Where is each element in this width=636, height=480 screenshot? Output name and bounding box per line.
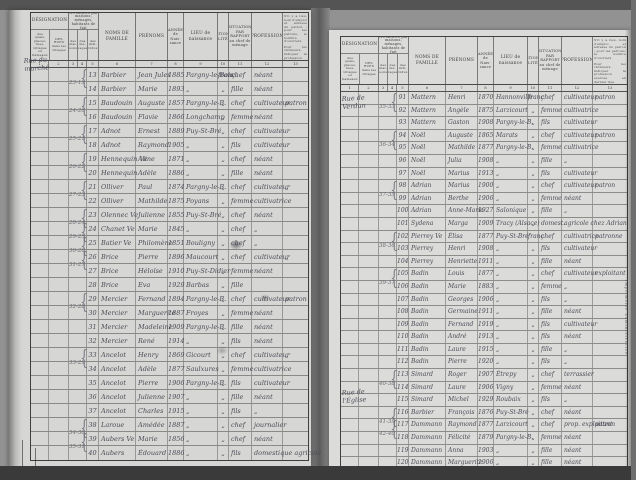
numeros-sub-maisons: des mai- sons (69, 30, 78, 60)
cell-prenom: Auguste (136, 96, 168, 109)
column-designation: DÉSIGNATION des quais, places, rues, vil… (341, 37, 379, 84)
cell-numero: 23 (87, 208, 99, 221)
cell-profession: néant (562, 193, 593, 205)
cell-annee: 1903 (478, 445, 494, 457)
cell-numero: 106 (397, 281, 409, 293)
cell-numero: 26 (87, 250, 99, 263)
cell-nationalite: „ (218, 166, 229, 179)
cell-annee: 1900 (478, 180, 494, 192)
numeros-title: NUMÉROS par maisons, ménages, habitants … (69, 13, 98, 30)
cell-menage-pair (379, 155, 397, 167)
column-number: 7 (136, 61, 168, 67)
cell-nom: Pierrey Ve (409, 231, 446, 243)
cell-nationalite: „ (218, 180, 229, 193)
cell-situation: fille (229, 390, 252, 403)
cell-situation: chef (229, 250, 252, 263)
column-number: 9 (184, 61, 218, 67)
cell-nationalite: „ (218, 222, 229, 235)
census-row: 23-19{13BarbierJean Jules1885Pargny-le-B… (31, 68, 308, 82)
cell-menage-pair (379, 294, 397, 306)
cell-situation: chef (229, 348, 252, 361)
column-situation: SITUATION PAR RAPPORT au chef de ménage (539, 37, 562, 84)
cell-annee: 1879 (478, 432, 494, 444)
cell-nom: Batier Ve (99, 236, 136, 249)
cell-nationalite: „ (528, 407, 539, 419)
margin-note: Rue du marché (23, 55, 54, 73)
cell-observations (283, 236, 308, 249)
cell-lieu: „ (494, 168, 528, 180)
census-row: 93MatternGaston1908Pargny-le-B.„filscult… (341, 117, 627, 130)
cell-annee: 1927 (478, 205, 494, 217)
cell-nom: Badin (409, 319, 446, 331)
cell-prenom: Ernest (136, 124, 168, 137)
census-row: 99AdrianBerthe1906„„femmenéant (341, 193, 627, 206)
cell-profession: cultivateur (252, 96, 283, 109)
cell-situation: chef (229, 236, 252, 249)
cell-profession: cultivateur (252, 348, 283, 361)
cell-menage-pair (379, 344, 397, 356)
cell-situation: fille (539, 256, 562, 268)
cell-observations (283, 390, 308, 403)
cell-situation: fils (229, 404, 252, 417)
cell-menage-pair (69, 320, 87, 333)
cell-situation: chef (229, 124, 252, 137)
census-row: 112BadinPierre1920„„fils„ (341, 356, 627, 369)
cell-numero: 108 (397, 306, 409, 318)
census-row: 36AncelotJulienne1907„„fillenéant (31, 390, 308, 404)
cell-annee: 1886 (168, 446, 184, 460)
cell-nationalite: „ (528, 382, 539, 394)
census-page-right: DÉSIGNATION des quais, places, rues, vil… (329, 30, 631, 470)
cell-annee: 1929 (168, 278, 184, 291)
cell-numero: 114 (397, 382, 409, 394)
census-row: 24-20{15BaudouinAuguste1857Pargny-le-B.„… (31, 96, 308, 110)
cell-numero: 116 (397, 407, 409, 419)
cell-profession: néant (562, 256, 593, 268)
cell-nom: Barbier (99, 68, 136, 81)
cell-prenom: Philomène (136, 236, 168, 249)
cell-observations (593, 382, 627, 394)
cell-profession: néant (562, 331, 593, 343)
cell-prenom: René (136, 334, 168, 347)
cell-menage-pair (379, 243, 397, 255)
cell-situation: chef (539, 92, 562, 104)
cell-nom: Badin (409, 281, 446, 293)
cell-annee: 1875 (168, 194, 184, 207)
cell-annee: 1914 (168, 334, 184, 347)
cell-observations: patron (593, 180, 627, 192)
cell-nationalite: franç. (218, 68, 229, 81)
cell-nationalite: „ (528, 243, 539, 255)
cell-lieu: Pargny-le-B. (184, 292, 218, 305)
cell-nom: Noël (409, 130, 446, 142)
cell-menage-pair (379, 205, 397, 217)
cell-lieu: „ (494, 281, 528, 293)
cell-situation: chef (229, 432, 252, 445)
cell-observations: patronne (593, 231, 627, 243)
column-number: 12 (562, 85, 593, 91)
cell-nationalite: „ (218, 208, 229, 221)
cell-numero: 34 (87, 362, 99, 375)
census-row: 26-22{19Hennequin VeAline1871„„chefnéant (31, 152, 308, 166)
cell-nom: Noël (409, 142, 446, 154)
cell-prenom: Charles (136, 404, 168, 417)
census-row: 40AubersÉdouard1886„„filsdomestique agri… (31, 446, 308, 460)
census-row: 104PierreyHenriette1911„„fillenéant (341, 256, 627, 269)
cell-nationalite: „ (528, 344, 539, 356)
cell-nationalite: „ (218, 82, 229, 95)
column-number: 8 (168, 61, 184, 67)
cell-prenom: Pierre (136, 250, 168, 263)
cell-nationalite: „ (528, 218, 539, 230)
cell-lieu: Longchamp (184, 110, 218, 123)
cell-observations (593, 205, 627, 217)
cell-prenom: Aline (136, 152, 168, 165)
cell-numero: 110 (397, 331, 409, 343)
census-row: 35AncelotPierre1906Pargny-le-B.„filscult… (31, 376, 308, 390)
census-row: 22OlliverMathilde1875Poyans„femmecultiva… (31, 194, 308, 208)
cell-nom: Adrian (409, 180, 446, 192)
cell-annee: 1877 (478, 142, 494, 154)
cell-menage-pair: 33-29{ (69, 348, 87, 361)
cell-annee: 1929 (478, 394, 494, 406)
census-row: 28BriceEva1929Barbas„fille (31, 278, 308, 292)
cell-numero: 100 (397, 205, 409, 217)
cell-nom: Dammann (409, 432, 446, 444)
cell-situation: chef (229, 208, 252, 221)
cell-prenom: Henri (446, 243, 478, 255)
cell-profession: „ (562, 155, 593, 167)
cell-prenom: Henri (446, 92, 478, 104)
cell-observations (283, 362, 308, 375)
cell-nationalite: „ (528, 445, 539, 457)
cell-menage-pair (69, 376, 87, 389)
column-nationalite: NATIONA- LITÉ (218, 13, 229, 60)
cell-observations (593, 432, 627, 444)
cell-numero: 115 (397, 394, 409, 406)
cell-nationalite: „ (218, 194, 229, 207)
cell-nationalite: „ (528, 268, 539, 280)
cell-profession: cultivateur (252, 292, 283, 305)
cell-situation: fils (539, 294, 562, 306)
cell-profession: néant (252, 334, 283, 347)
census-row: 103PierreyHenri1908„„filscultivateur (341, 243, 627, 256)
census-row: 92MatternAngèle1875Larzicourt„femmeculti… (341, 105, 627, 118)
margin-note: Rue de l'Église (341, 387, 372, 405)
cell-numero: 33 (87, 348, 99, 361)
cell-nationalite: „ (218, 306, 229, 319)
cell-annee: 1896 (168, 250, 184, 263)
cell-annee: 1877 (168, 362, 184, 375)
cell-numero: 94 (397, 130, 409, 142)
cell-annee: 1857 (168, 96, 184, 109)
cell-observations (283, 418, 308, 431)
cell-lieu: „ (494, 243, 528, 255)
cell-nationalite: „ (528, 155, 539, 167)
designation-sub-rues: des quais, places, rues, villages ou ham… (341, 54, 360, 84)
margin-note: Rue de Verdun (341, 93, 372, 111)
cell-annee: 1877 (478, 231, 494, 243)
cell-lieu: Puy-St-Bré (184, 208, 218, 221)
column-number: 2 (359, 85, 379, 91)
cell-profession: néant (562, 382, 593, 394)
cell-annee: 1886 (168, 166, 184, 179)
cell-annee: 1907 (168, 390, 184, 403)
cell-nationalite: „ (528, 319, 539, 331)
cell-situation: fille (539, 344, 562, 356)
cell-numero: 18 (87, 138, 99, 151)
column-number: 11 (229, 61, 252, 67)
cell-numero: 31 (87, 320, 99, 333)
cell-menage-pair (379, 445, 397, 457)
cell-lieu: Pargny-le-B. (184, 320, 218, 333)
cell-situation: femme (229, 264, 252, 277)
cell-observations (283, 306, 308, 319)
census-row: 114SimardLaure1906Vigny„femmenéant (341, 382, 627, 395)
cell-lieu: „ (494, 294, 528, 306)
cell-observations (593, 344, 627, 356)
cell-situation: chef (539, 231, 562, 243)
cell-situation: fille (539, 445, 562, 457)
table-header: DÉSIGNATION des quais, places, rues, vil… (341, 37, 627, 85)
cell-lieu: Étrepy (494, 369, 528, 381)
cell-numero: 95 (397, 142, 409, 154)
cell-annee: 1911 (478, 306, 494, 318)
census-row: 109BadinFernand1919„„filscultivateur (341, 319, 627, 332)
census-row: 16BaudouinFlavie1866Longchamp„femmenéant (31, 110, 308, 124)
column-number: 1 (341, 85, 359, 91)
cell-lieu: Gicourt (184, 348, 218, 361)
cell-numero: 37 (87, 404, 99, 417)
cell-prenom: Louis (446, 268, 478, 280)
cell-prenom: Marius (446, 180, 478, 192)
cell-nom: Aubers (99, 446, 136, 460)
cell-prenom: François (446, 407, 478, 419)
table-header: DÉSIGNATION des quais, places, rues, vil… (31, 13, 308, 61)
cell-nationalite: „ (528, 419, 539, 431)
cell-numero: 29 (87, 292, 99, 305)
numeros-sub-individus: des indi- vidus (88, 30, 98, 60)
cell-nom: Mattern (409, 117, 446, 129)
cell-observations (593, 142, 627, 154)
cell-annee: 1908 (478, 117, 494, 129)
cell-profession: „ (562, 344, 593, 356)
cell-situation: fille (229, 166, 252, 179)
cell-nationalite: „ (528, 369, 539, 381)
cell-profession: cultivatrice (252, 194, 283, 207)
cell-nom: Ancelot (99, 376, 136, 389)
cell-situation: fils (229, 138, 252, 151)
cell-nom: Badin (409, 268, 446, 280)
cell-prenom: Gaston (446, 117, 478, 129)
cell-situation: fille (229, 320, 252, 333)
cell-annee: 1910 (168, 264, 184, 277)
cell-annee: 1871 (168, 152, 184, 165)
numeros-sub-maisons: des mai- sons (379, 54, 388, 84)
census-row: 30-26{25Batier VePhilomène1851Bouligny„c… (31, 236, 308, 250)
cell-nom: Mercier (99, 306, 136, 319)
cell-nationalite: „ (528, 205, 539, 217)
cell-numero: 92 (397, 105, 409, 117)
cell-lieu: Pargny-le-B. (494, 432, 528, 444)
cell-prenom: Édouard (136, 446, 168, 460)
cell-prenom: Angèle (446, 105, 478, 117)
cell-nationalite: „ (218, 110, 229, 123)
cell-nom: Pierrey (409, 256, 446, 268)
cell-situation: chef (539, 130, 562, 142)
cell-annee: 1893 (168, 82, 184, 95)
cell-observations (283, 376, 308, 389)
cell-lieu: „ (494, 155, 528, 167)
census-row: 38-36{102Pierrey VeÉlisa1877Puy-St-Bréfr… (341, 231, 627, 244)
cell-numero: 103 (397, 243, 409, 255)
cell-annee: 1870 (478, 92, 494, 104)
cell-lieu: Tracy (Alsace) (494, 218, 528, 230)
cell-prenom: Flavie (136, 110, 168, 123)
cell-numero: 112 (397, 356, 409, 368)
cell-numero: 118 (397, 432, 409, 444)
cell-profession: cultivateur (562, 243, 593, 255)
cell-annee: 1909 (168, 320, 184, 333)
cell-observations: patron (593, 130, 627, 142)
cell-profession: néant (562, 445, 593, 457)
cell-profession: néant (252, 306, 283, 319)
cell-menage-pair (379, 382, 397, 394)
census-row: 37AncelotCharles1915„„fils„ (31, 404, 308, 418)
cell-situation: chef (539, 268, 562, 280)
cell-situation: chef (229, 292, 252, 305)
cell-nationalite: „ (218, 124, 229, 137)
cell-annee: 1920 (478, 356, 494, 368)
cell-situation: fille (539, 306, 562, 318)
cell-annee: 1905 (168, 138, 184, 151)
cell-numero: 28 (87, 278, 99, 291)
cell-observations (283, 208, 308, 221)
census-row: 95NoëlMathilde1877Pargny-le-B.„femmecult… (341, 142, 627, 155)
cell-situation: fils (229, 376, 252, 389)
cell-menage-pair: 24-20{ (69, 96, 87, 109)
cell-annee: 1913 (478, 331, 494, 343)
cell-menage-pair: 25-21{ (69, 124, 87, 137)
cell-prenom: Marie (136, 82, 168, 95)
cell-nom: Pierrey (409, 243, 446, 255)
cell-menage-pair: 37-35{ (379, 180, 397, 192)
cell-observations (593, 306, 627, 318)
cell-situation: fille (229, 278, 252, 291)
cell-profession: cultivateur (562, 268, 593, 280)
cell-situation: chef (229, 180, 252, 193)
cell-prenom: Germaine (446, 306, 478, 318)
cell-lieu: „ (184, 82, 218, 95)
cell-prenom: Marga (446, 218, 478, 230)
cell-annee: 1876 (478, 407, 494, 419)
cell-observations: „ (283, 348, 308, 361)
cell-numero: 15 (87, 96, 99, 109)
cell-numero: 97 (397, 168, 409, 180)
cell-observations: patron (283, 96, 308, 109)
cell-prenom: Marius (446, 168, 478, 180)
cell-observations (593, 331, 627, 343)
cell-lieu: Pargny-le-B. (184, 96, 218, 109)
census-row: 14BarbierMarie1893„„fillenéant (31, 82, 308, 96)
cell-observations (593, 105, 627, 117)
cell-observations (283, 320, 308, 333)
cell-nom: Mercier (99, 320, 136, 333)
cell-lieu: Pargny-le-B. (184, 180, 218, 193)
cell-annee: 1894 (168, 292, 184, 305)
cell-nom: Olennec Ve (99, 208, 136, 221)
cell-lieu: Pargny-le-B. (184, 376, 218, 389)
cell-annee: 1887 (168, 306, 184, 319)
cell-prenom: Laure (446, 382, 478, 394)
cell-situation: femme (229, 194, 252, 207)
cell-numero: 101 (397, 218, 409, 230)
cell-situation: chef (229, 222, 252, 235)
cell-lieu: Maucourt (184, 250, 218, 263)
cell-numero: 119 (397, 445, 409, 457)
cell-annee: 1906 (478, 294, 494, 306)
cell-situation: femme (539, 281, 562, 293)
cell-annee: 1908 (478, 155, 494, 167)
cell-observations (283, 124, 308, 137)
cell-profession: néant (252, 152, 283, 165)
cell-observations (283, 334, 308, 347)
cell-observations (593, 256, 627, 268)
cell-situation: fille (539, 205, 562, 217)
cell-situation: chef (229, 152, 252, 165)
cell-prenom: Raymond (136, 138, 168, 151)
cell-lieu: Barbas (184, 278, 218, 291)
cell-situation: fils (229, 446, 252, 460)
census-row: 30MercierMarguerite1887Froyes„femmenéant (31, 306, 308, 320)
cell-lieu: Salonique (494, 205, 528, 217)
census-row: 108BadinGermaine1911„„fillenéant (341, 306, 627, 319)
cell-profession: „ (252, 236, 283, 249)
cell-observations: exploitant (593, 268, 627, 280)
cell-lieu: Vigny (494, 382, 528, 394)
cell-menage-pair (379, 218, 397, 230)
cell-nom: Adrian (409, 193, 446, 205)
cell-situation: femme (539, 382, 562, 394)
cell-nom: Badin (409, 294, 446, 306)
cell-menage-pair: 40-38{ (379, 369, 397, 381)
cell-lieu: Saulxures (184, 362, 218, 375)
numeros-sub-menages: des mé- nages (78, 30, 87, 60)
book-gutter (311, 8, 330, 468)
cell-observations (593, 445, 627, 457)
cell-observations (593, 281, 627, 293)
cell-nationalite: „ (528, 432, 539, 444)
cell-menage-pair (379, 142, 397, 154)
cell-numero: 102 (397, 231, 409, 243)
cell-profession: néant (252, 68, 283, 81)
cell-observations (283, 432, 308, 445)
cell-lieu: Froyes (184, 306, 218, 319)
cell-lieu: Hannonville (494, 92, 528, 104)
cell-situation: fils (539, 394, 562, 406)
cell-nom: Noël (409, 168, 446, 180)
cell-annee: 1869 (168, 348, 184, 361)
cell-annee: 1885 (168, 68, 184, 81)
column-annee: ANNÉE de Nais- sance (478, 37, 494, 84)
census-row: 36-34{94NoëlAuguste1865Marats„chefcultiv… (341, 130, 627, 143)
cell-menage-pair: 26-22{ (69, 152, 87, 165)
census-row: 39-37{105BadinLouis1877„„chefcultivateur… (341, 268, 627, 281)
cell-prenom: Paul (136, 180, 168, 193)
cell-annee: 1845 (168, 222, 184, 235)
cell-prenom: Michel (446, 394, 478, 406)
cell-menage-pair (69, 390, 87, 403)
